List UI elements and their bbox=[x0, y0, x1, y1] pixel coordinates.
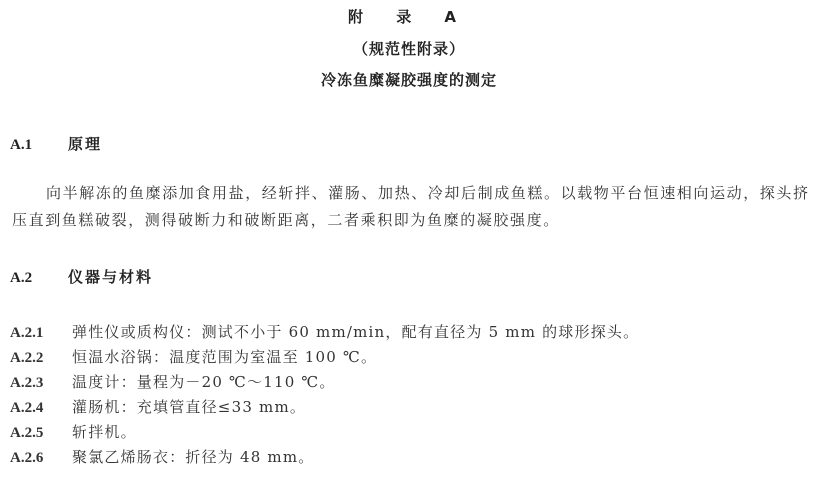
item-text: 温度计：量程为－20 ℃～110 ℃。 bbox=[72, 373, 336, 391]
item-number: A.2.3 bbox=[10, 375, 72, 392]
list-item: A.2.2恒温水浴锅：温度范围为室温至 100 ℃。 bbox=[10, 346, 377, 367]
item-text: 弹性仪或质构仪：测试不小于 60 mm/min，配有直径为 5 mm 的球形探头… bbox=[72, 323, 639, 341]
section-heading-a1: A.1原理 bbox=[10, 133, 102, 154]
item-text: 斩拌机。 bbox=[72, 423, 137, 441]
principle-paragraph: 向半解冻的鱼糜添加食用盐，经斩拌、灌肠、加热、冷却后制成鱼糕。以载物平台恒速相向… bbox=[12, 180, 812, 234]
item-number: A.2.6 bbox=[10, 450, 72, 467]
item-number: A.2.5 bbox=[10, 425, 72, 442]
item-number: A.2.2 bbox=[10, 350, 72, 367]
annex-name: 冷冻鱼糜凝胶强度的测定 bbox=[0, 69, 818, 90]
section-heading-a2: A.2仪器与材料 bbox=[10, 266, 153, 287]
item-text: 恒温水浴锅：温度范围为室温至 100 ℃。 bbox=[72, 348, 377, 366]
item-text: 聚氯乙烯肠衣：折径为 48 mm。 bbox=[72, 448, 314, 466]
section-title: 原理 bbox=[68, 135, 102, 153]
item-number: A.2.1 bbox=[10, 325, 72, 342]
section-title: 仪器与材料 bbox=[68, 268, 153, 286]
list-item: A.2.6聚氯乙烯肠衣：折径为 48 mm。 bbox=[10, 446, 314, 467]
annex-subtitle: （规范性附录） bbox=[0, 38, 818, 59]
section-number: A.2 bbox=[10, 270, 68, 287]
item-number: A.2.4 bbox=[10, 400, 72, 417]
section-number: A.1 bbox=[10, 137, 68, 154]
list-item: A.2.3温度计：量程为－20 ℃～110 ℃。 bbox=[10, 371, 336, 392]
item-text: 灌肠机：充填管直径≤33 mm。 bbox=[72, 398, 306, 416]
list-item: A.2.5斩拌机。 bbox=[10, 421, 137, 442]
list-item: A.2.4灌肠机：充填管直径≤33 mm。 bbox=[10, 396, 306, 417]
list-item: A.2.1弹性仪或质构仪：测试不小于 60 mm/min，配有直径为 5 mm … bbox=[10, 321, 639, 342]
annex-title: 附 录 A bbox=[0, 6, 818, 27]
